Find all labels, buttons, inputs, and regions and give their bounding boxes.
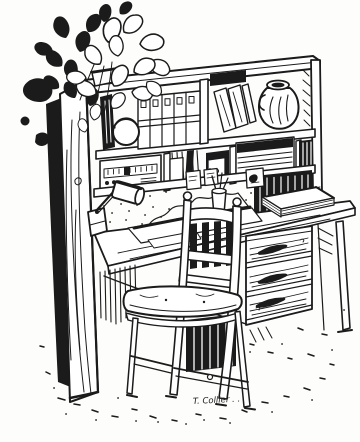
artist-signature: T. Collier . . <box>193 395 241 407</box>
lower-side-panel <box>318 221 352 332</box>
photo-card <box>246 168 264 188</box>
leaning-books <box>214 84 256 132</box>
wooden-chair <box>124 192 256 410</box>
drawer-stack <box>246 221 352 342</box>
shelf-divider <box>200 79 208 144</box>
storage-jar <box>113 118 139 146</box>
front-right-leg <box>235 311 250 407</box>
shelf-contents-right <box>210 70 310 132</box>
illustration-canvas: T. Collier . . <box>0 0 360 442</box>
seat-cushion <box>124 286 242 316</box>
ink-illustration: T. Collier . . <box>0 0 360 442</box>
pottery-vase <box>259 81 299 129</box>
